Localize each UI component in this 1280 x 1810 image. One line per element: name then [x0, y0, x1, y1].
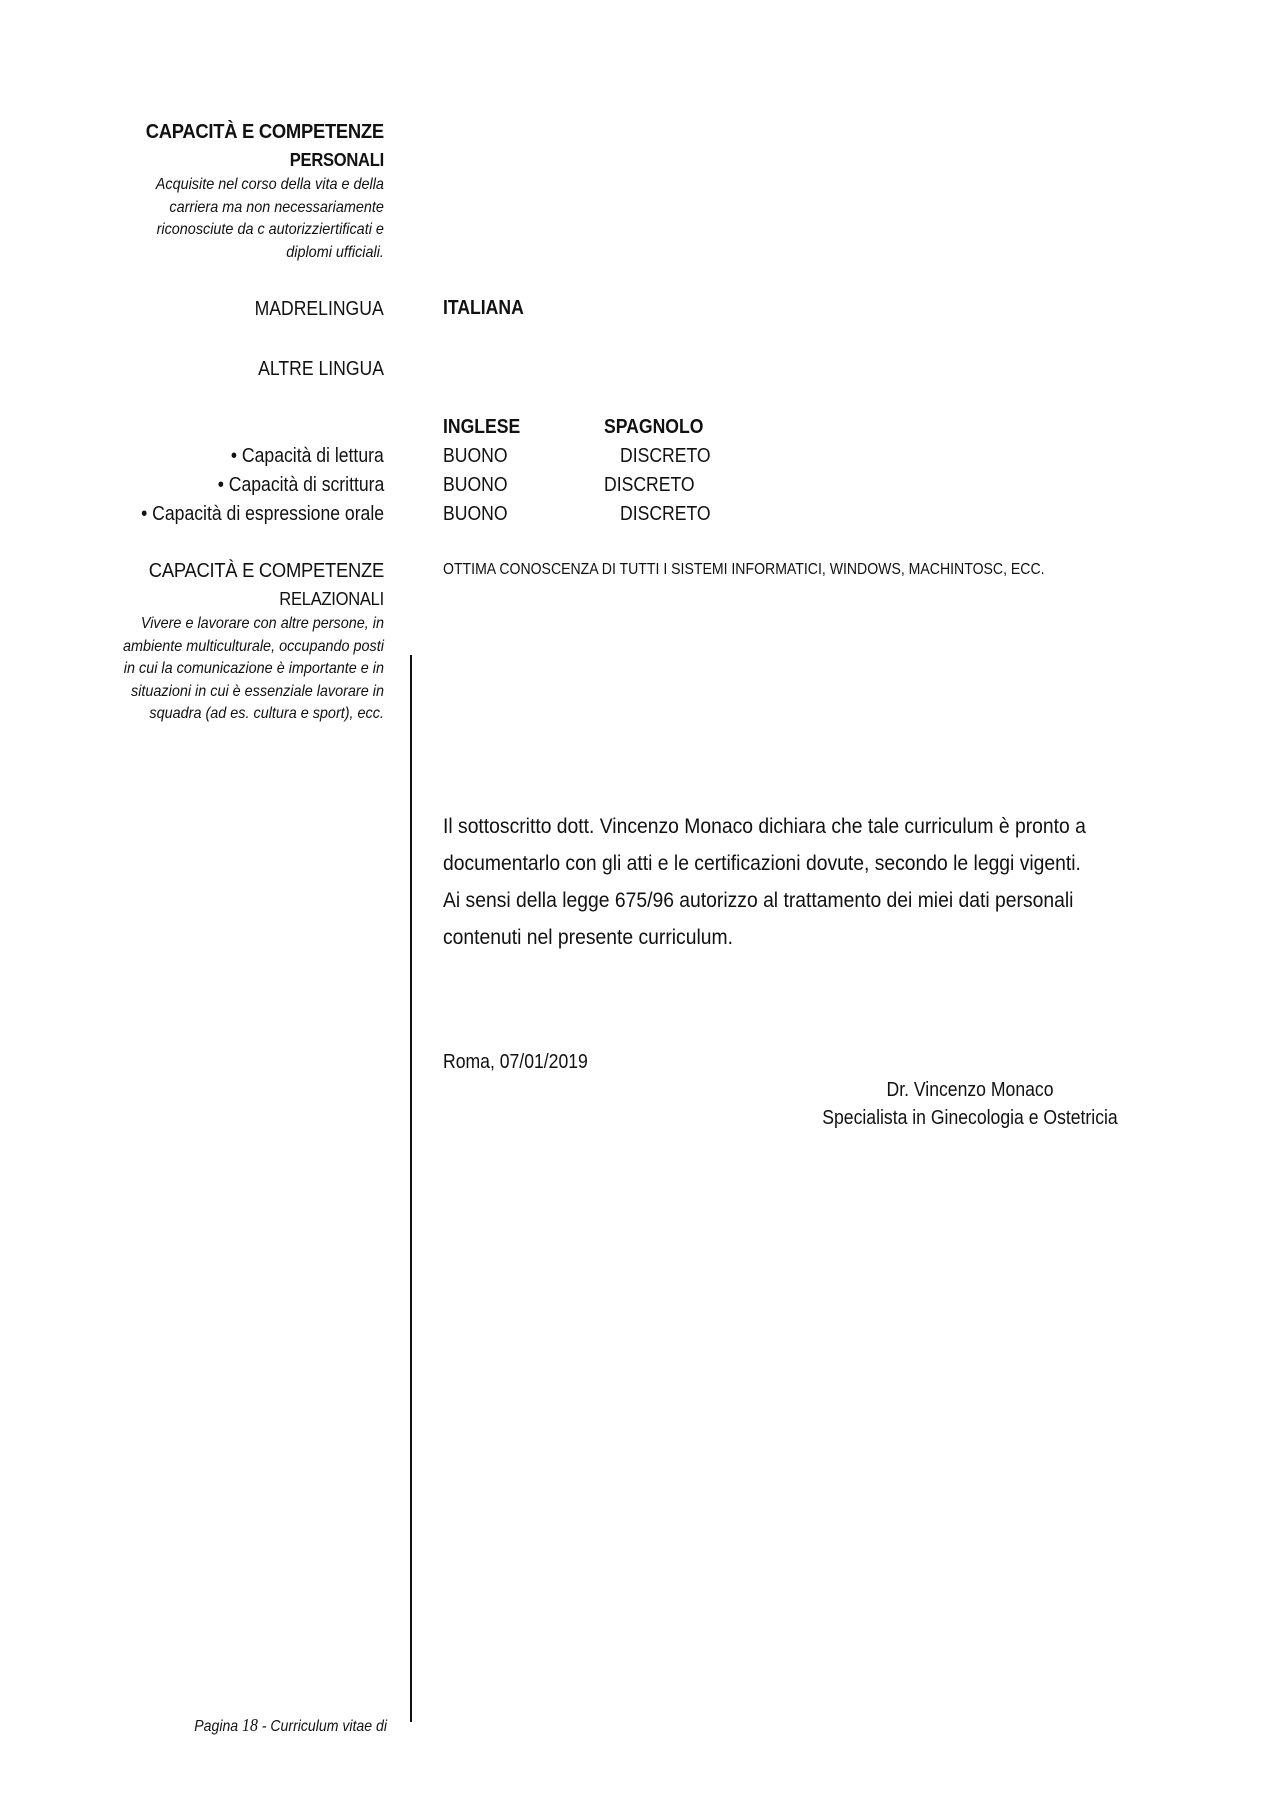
column-divider — [410, 655, 412, 1722]
language-column-spanish: SPAGNOLO — [604, 413, 703, 441]
relational-skills-desc-3: in cui la comunicazione è importante e i… — [123, 658, 384, 681]
declaration-line-4: contenuti nel presente curriculum. — [443, 919, 1086, 956]
mother-tongue-value: ITALIANA — [443, 294, 524, 322]
declaration: Il sottoscritto dott. Vincenzo Monaco di… — [443, 808, 1142, 956]
footer-prefix: Pagina — [194, 1718, 242, 1735]
relational-skills-desc-2: ambiente multiculturale, occupando posti — [123, 636, 384, 659]
footer-suffix: - Curriculum vitae di — [258, 1718, 387, 1735]
mother-tongue-label: MADRELINGUA — [255, 295, 384, 323]
signature-block: Dr. Vincenzo Monaco Specialista in Ginec… — [790, 1076, 1150, 1132]
speaking-skill-label: • Capacità di espressione orale — [141, 500, 384, 528]
reading-english-value: BUONO — [443, 442, 508, 470]
writing-spanish-value: DISCRETO — [604, 471, 695, 499]
declaration-line-1: Il sottoscritto dott. Vincenzo Monaco di… — [443, 808, 1086, 845]
relational-skills-heading-line2: RELAZIONALI — [117, 585, 384, 613]
speaking-spanish-value: DISCRETO — [620, 500, 711, 528]
personal-skills-desc-1: Acquisite nel corso della vita e della — [151, 174, 384, 197]
personal-skills-section: CAPACITÀ E COMPETENZE PERSONALI Acquisit… — [125, 118, 384, 264]
reading-spanish-value: DISCRETO — [620, 442, 711, 470]
signature-name: Dr. Vincenzo Monaco — [812, 1076, 1129, 1104]
personal-skills-heading-line2: PERSONALI — [146, 146, 384, 174]
page-footer: Pagina 18 - Curriculum vitae di — [194, 1715, 387, 1736]
personal-skills-desc-2: carriera ma non necessariamente — [151, 197, 384, 220]
footer-page-number: 18 — [242, 1715, 258, 1735]
speaking-english-value: BUONO — [443, 500, 508, 528]
relational-skills-section: CAPACITÀ E COMPETENZE RELAZIONALI Vivere… — [94, 557, 384, 726]
declaration-line-2: documentarlo con gli atti e le certifica… — [443, 845, 1086, 882]
personal-skills-heading-line1: CAPACITÀ E COMPETENZE — [146, 121, 384, 143]
writing-skill-label: • Capacità di scrittura — [217, 471, 384, 499]
relational-skills-desc-1: Vivere e lavorare con altre persone, in — [123, 613, 384, 636]
relational-skills-value: OTTIMA CONOSCENZA DI TUTTI I SISTEMI INF… — [443, 561, 1045, 579]
relational-skills-desc-5: squadra (ad es. cultura e sport), ecc. — [123, 703, 384, 726]
writing-english-value: BUONO — [443, 471, 508, 499]
language-column-english: INGLESE — [443, 413, 520, 441]
other-languages-label: ALTRE LINGUA — [258, 355, 384, 383]
personal-skills-desc-3: riconosciute da c autorizziertificati e — [151, 219, 384, 242]
relational-skills-heading-line1: CAPACITÀ E COMPETENZE — [117, 557, 384, 585]
declaration-line-3: Ai sensi della legge 675/96 autorizzo al… — [443, 882, 1086, 919]
personal-skills-desc-4: diplomi ufficiali. — [151, 242, 384, 265]
relational-skills-desc-4: situazioni in cui è essenziale lavorare … — [123, 681, 384, 704]
personal-skills-heading: CAPACITÀ E COMPETENZE — [146, 118, 384, 146]
reading-skill-label: • Capacità di lettura — [231, 442, 384, 470]
signature-title: Specialista in Ginecologia e Ostetricia — [812, 1104, 1129, 1132]
place-date: Roma, 07/01/2019 — [443, 1048, 588, 1076]
